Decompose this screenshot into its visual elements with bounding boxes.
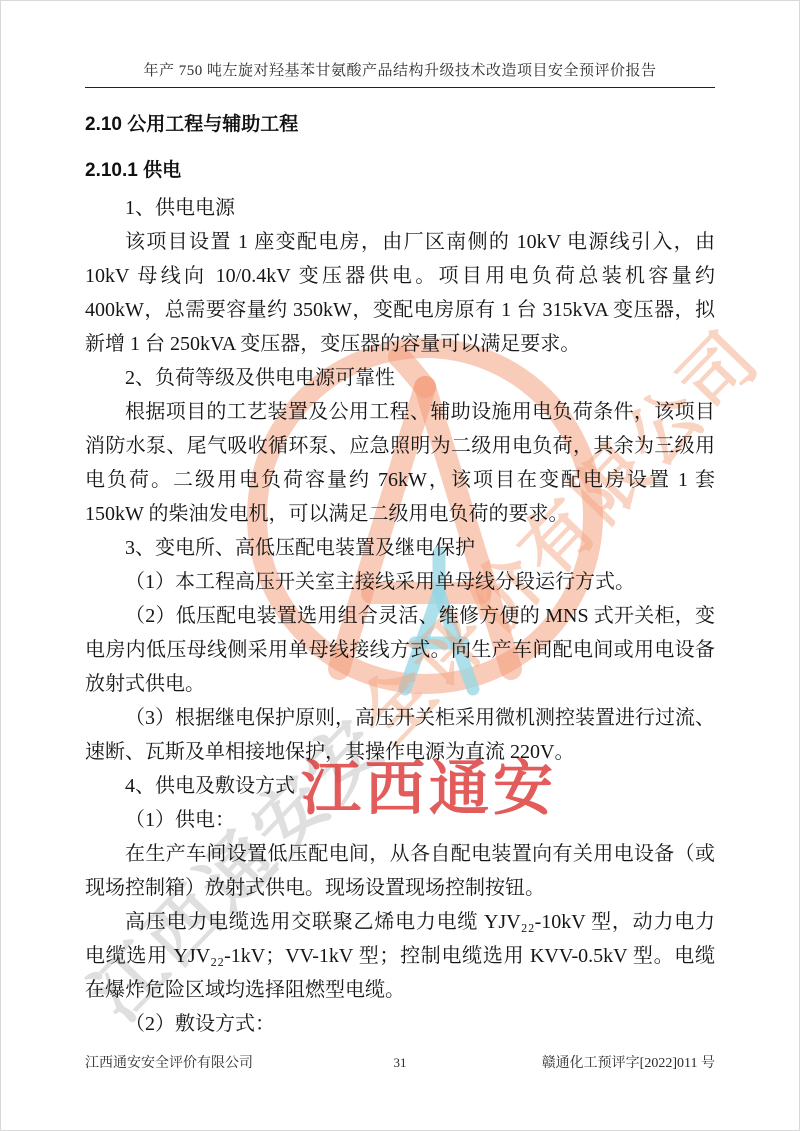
section-heading-2-10-1: 2.10.1 供电 [85,155,715,182]
paragraph: 在生产车间设置低压配电间，从各自配电装置向有关用电设备（或现场控制箱）放射式供电… [85,837,715,905]
paragraph: 该项目设置 1 座变配电房，由厂区南侧的 10kV 电源线引入，由 10kV 母… [85,225,715,361]
page-header-title: 年产 750 吨左旋对羟基苯甘氨酸产品结构升级技术改造项目安全预评价报告 [85,59,715,80]
footer-company-name: 江西通安安全评价有限公司 [85,1052,394,1072]
footer-doc-number: 赣通化工预评字[2022]011 号 [407,1052,716,1072]
document-content: 年产 750 吨左旋对羟基苯甘氨酸产品结构升级技术改造项目安全预评价报告 2.1… [1,59,799,1041]
section-heading-2-10: 2.10 公用工程与辅助工程 [85,109,715,136]
paragraph: 高压电力电缆选用交联聚乙烯电力电缆 YJV₂₂-10kV 型，动力电力电缆选用 … [85,905,715,1007]
paragraph: （1）本工程高压开关室主接线采用单母线分段运行方式。 [85,565,715,599]
paragraph: （1）供电： [85,803,715,837]
paragraph: 2、负荷等级及供电电源可靠性 [85,361,715,395]
paragraph: 根据项目的工艺装置及公用工程、辅助设施用电负荷条件，该项目消防水泵、尾气吸收循环… [85,395,715,531]
paragraph: 1、供电电源 [85,191,715,225]
paragraph: （3）根据继电保护原则，高压开关柜采用微机测控装置进行过流、速断、瓦斯及单相接地… [85,701,715,769]
paragraph: 3、变电所、高低压配电装置及继电保护 [85,531,715,565]
page-footer: 江西通安安全评价有限公司 31 赣通化工预评字[2022]011 号 [1,1052,799,1072]
footer-page-number: 31 [394,1055,407,1071]
body-text: 1、供电电源 该项目设置 1 座变配电房，由厂区南侧的 10kV 电源线引入，由… [85,191,715,1041]
document-page: 江西通安安全评价有限公司 江西通安 年产 750 吨左旋对羟基苯甘氨酸产品结构升… [0,0,800,1131]
paragraph: （2）敷设方式： [85,1007,715,1041]
header-rule [85,87,715,88]
paragraph: 4、供电及敷设方式 [85,769,715,803]
paragraph: （2）低压配电装置选用组合灵活、维修方便的 MNS 式开关柜，变电房内低压母线侧… [85,599,715,701]
